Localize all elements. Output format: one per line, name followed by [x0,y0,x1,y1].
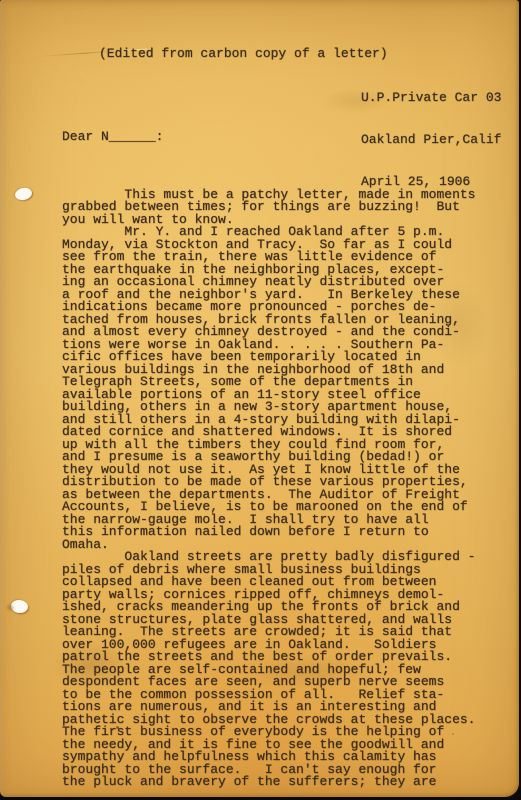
punch-hole-top [14,186,33,201]
edit-annotation: (Edited from carbon copy of a letter) [99,46,388,61]
letter-line: this information nailed down before I re… [62,526,475,539]
salutation: Dear N______: [62,131,475,144]
letter-body: Dear N______: This must be a patchy lett… [62,101,475,789]
letter-page: (Edited from carbon copy of a letter) U.… [0,0,519,797]
punch-hole-bottom [10,599,29,614]
scan-background: (Edited from carbon copy of a letter) U.… [0,0,521,800]
letter-line: the pluck and bravery of the sufferers; … [62,776,475,789]
